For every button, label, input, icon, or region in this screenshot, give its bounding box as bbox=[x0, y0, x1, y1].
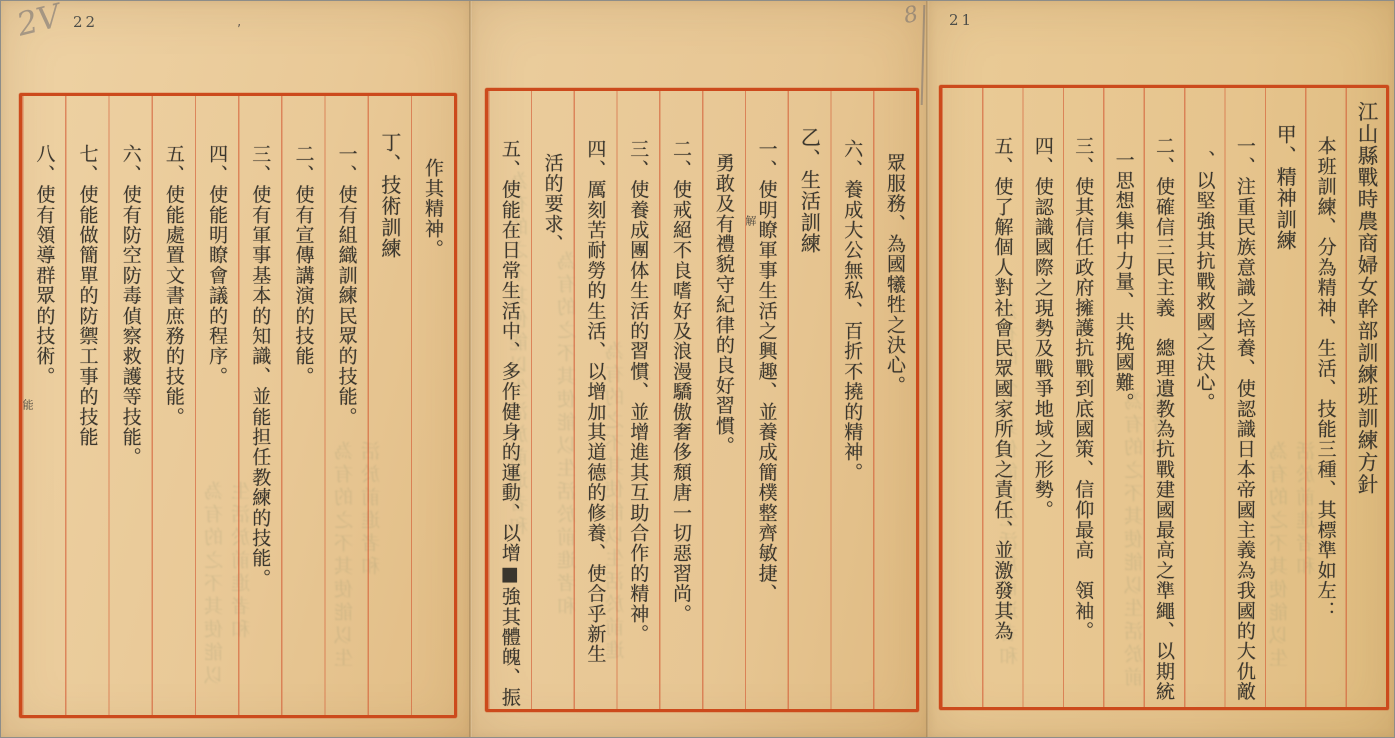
text-column: 二、使確信三民主義 總理遺教為抗戰建國最高之準繩、以期統 bbox=[1144, 88, 1184, 707]
text-column: 乙、生活訓練 bbox=[788, 91, 831, 709]
text-column: 八、使有領導群眾的技術。能 bbox=[22, 96, 65, 715]
text-column: 五、使能處置文書庶務的技能。 bbox=[152, 96, 195, 715]
text-column: 二、使有宣傳講演的技能。 bbox=[281, 96, 324, 715]
text-column: 五、使了解個人對社會民眾國家所負之責任、並激發其為 bbox=[982, 88, 1022, 707]
margin-annotation: 解 bbox=[745, 215, 756, 226]
text-column: 三、使養成團体生活的習慣、並增進其互助合作的精神。 bbox=[616, 91, 659, 709]
text-column: 一思想集中力量、共挽國難。 bbox=[1103, 88, 1143, 707]
text-column: 四、厲刻苦耐勞的生活、以增加其道德的修養、使合乎新生 bbox=[574, 91, 617, 709]
text-column: 一、使明瞭軍事生活之興趣、並養成簡樸整齊敏捷、解 bbox=[745, 91, 788, 709]
text-column: 四、使能明瞭會議的程序。 bbox=[195, 96, 238, 715]
text-column: 江山縣戰時農商婦女幹部訓練班訓練方針 bbox=[1346, 88, 1386, 707]
text-column: 本班訓練、分為精神、生活、技能三種、其標準如左： bbox=[1305, 88, 1345, 707]
writing-frame-page-22: 作其精神。丁、技術訓練一、使有組織訓練民眾的技能。二、使有宣傳講演的技能。三、使… bbox=[19, 93, 457, 718]
text-columns: 作其精神。丁、技術訓練一、使有組織訓練民眾的技能。二、使有宣傳講演的技能。三、使… bbox=[22, 96, 454, 715]
text-column: 六、使有防空防毒偵察救護等技能。 bbox=[109, 96, 152, 715]
text-column: 七、使能做簡單的防禦工事的技能 bbox=[65, 96, 108, 715]
text-columns: 江山縣戰時農商婦女幹部訓練班訓練方針本班訓練、分為精神、生活、技能三種、其標準如… bbox=[942, 88, 1386, 707]
page-number-right: 21 bbox=[949, 11, 974, 29]
page-number-left: 22 bbox=[73, 13, 98, 31]
ink-speck: ’ bbox=[237, 23, 241, 38]
text-column bbox=[942, 88, 982, 707]
writing-frame-page-middle: 眾服務、為國犧牲之決心。六、養成大公無私、百折不撓的精神。乙、生活訓練一、使明瞭… bbox=[485, 88, 919, 712]
text-column: 六、養成大公無私、百折不撓的精神。 bbox=[830, 91, 873, 709]
text-column: 三、使其信任政府擁護抗戰到底國策、信仰最高 領袖。 bbox=[1063, 88, 1103, 707]
text-column: 、以堅強其抗戰救國之決心。 bbox=[1184, 88, 1224, 707]
text-columns: 眾服務、為國犧牲之決心。六、養成大公無私、百折不撓的精神。乙、生活訓練一、使明瞭… bbox=[488, 91, 916, 709]
text-column: 勇敢及有禮貌守紀律的良好習慣。 bbox=[702, 91, 745, 709]
text-column: 二、使戒絕不良嗜好及浪漫驕傲奢侈頹唐一切惡習尚。 bbox=[659, 91, 702, 709]
manuscript-scan: 為有的之不其使能以生活於前進者和 為有的之不其使能以生活於前進者和 為有的之不其… bbox=[0, 0, 1395, 738]
text-column: 一、注重民族意識之培養、使認識日本帝國主義為我國的大仇敵 bbox=[1224, 88, 1264, 707]
text-column: 活的要求、 bbox=[531, 91, 574, 709]
text-column: 甲、精神訓練 bbox=[1265, 88, 1305, 707]
text-column: 作其精神。 bbox=[411, 96, 454, 715]
text-column: 五、使能在日常生活中、多作健身的運動、以增■強其體魄、振 bbox=[488, 91, 531, 709]
text-column: 一、使有組織訓練民眾的技能。 bbox=[324, 96, 367, 715]
text-column: 眾服務、為國犧牲之決心。 bbox=[873, 91, 916, 709]
margin-annotation: 能 bbox=[22, 399, 33, 410]
text-column: 四、使認識國際之現勢及戰爭地域之形勢。 bbox=[1022, 88, 1062, 707]
text-column: 三、使有軍事基本的知識、並能担任教練的技能。 bbox=[238, 96, 281, 715]
text-column: 丁、技術訓練 bbox=[368, 96, 411, 715]
writing-frame-page-21: 江山縣戰時農商婦女幹部訓練班訓練方針本班訓練、分為精神、生活、技能三種、其標準如… bbox=[939, 85, 1389, 710]
